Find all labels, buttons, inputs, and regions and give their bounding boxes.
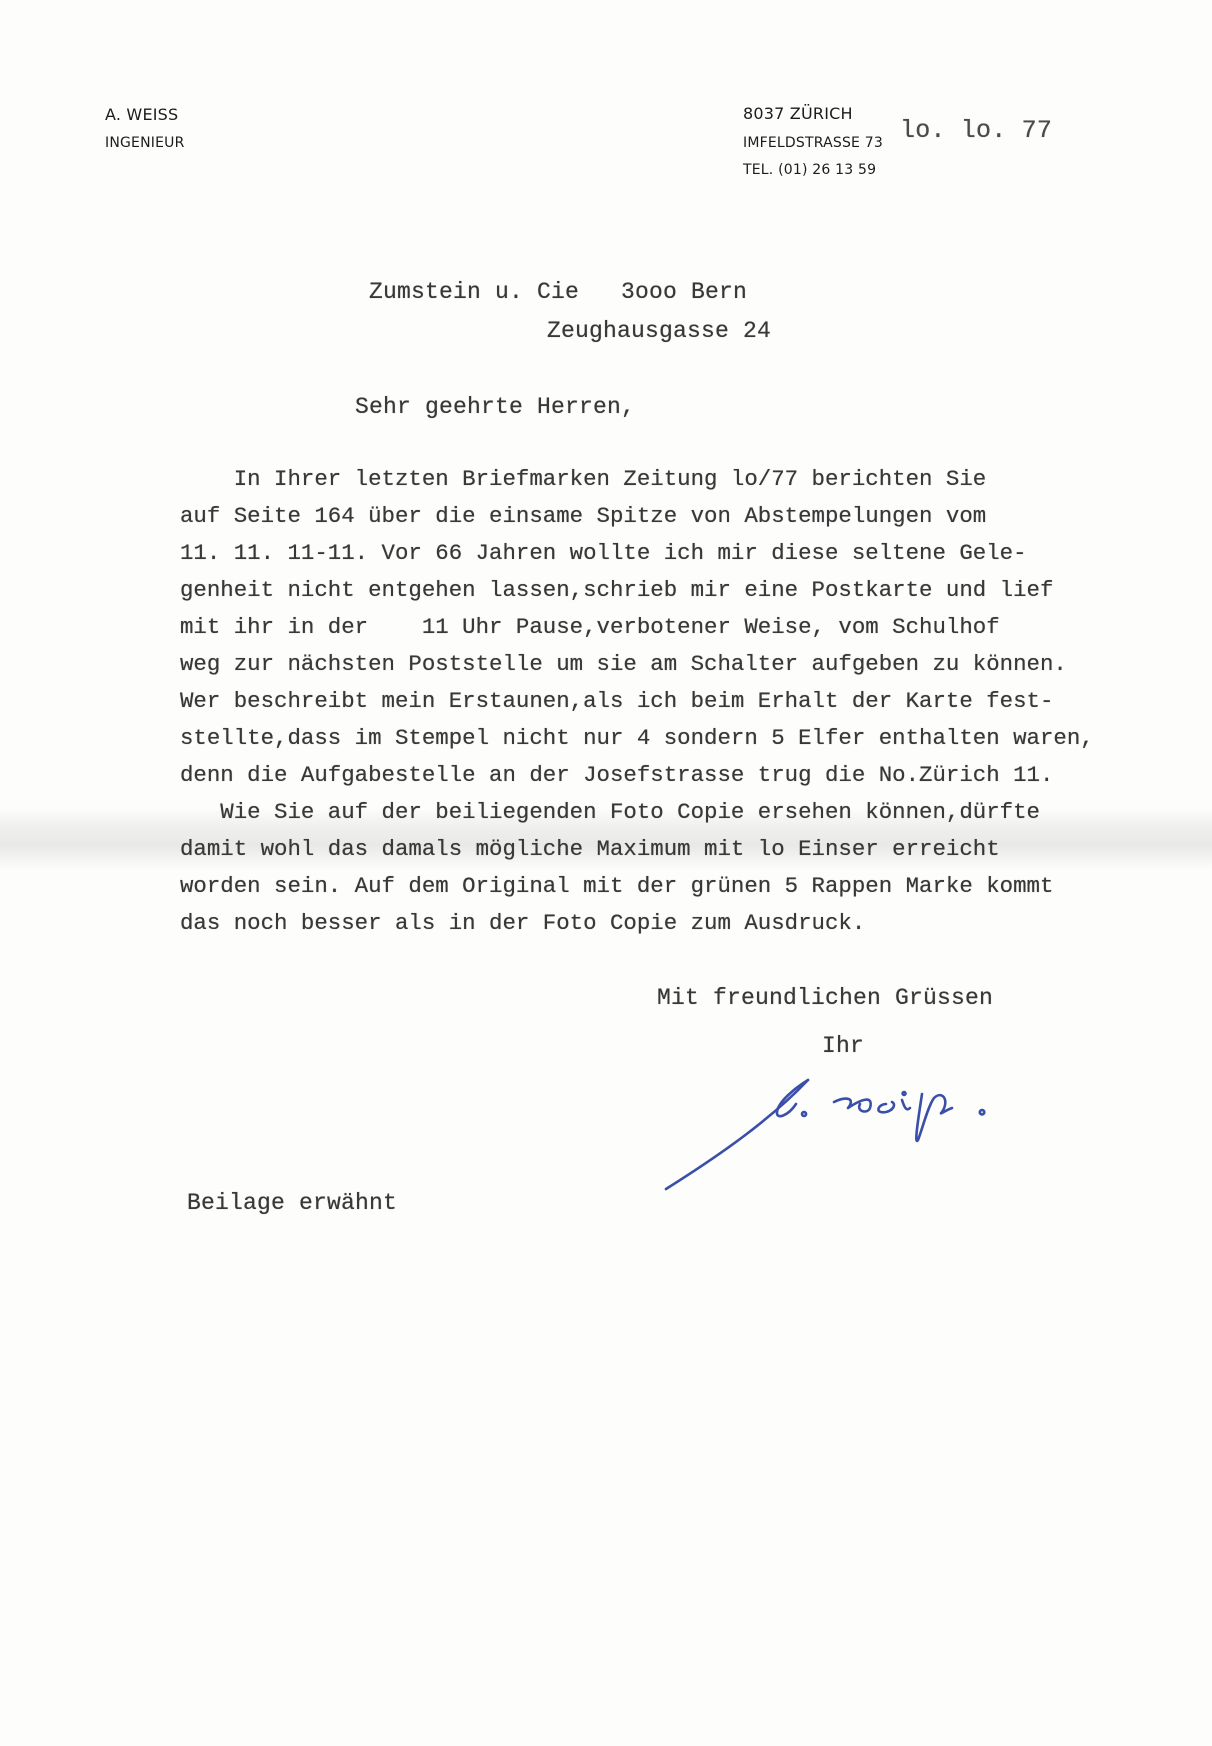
body-line: damit wohl das damals mögliche Maximum m… [180, 836, 1000, 862]
sender-name: A. WEISS [105, 105, 185, 124]
handwritten-signature-icon [660, 1060, 1010, 1200]
closing-ihr: Ihr [822, 1033, 864, 1059]
letterhead-sender: A. WEISS INGENIEUR [105, 105, 185, 151]
closing-phrase: Mit freundlichen Grüssen [657, 985, 993, 1011]
body-line: mit ihr in der 11 Uhr Pause,verbotener W… [180, 614, 1000, 640]
salutation: Sehr geehrte Herren, [355, 394, 635, 420]
sender-street: IMFELDSTRASSE 73 [743, 135, 883, 151]
recipient-name-city: Zumstein u. Cie 3ooo Bern [369, 279, 747, 305]
body-line: 11. 11. 11-11. Vor 66 Jahren wollte ich … [180, 540, 1027, 566]
body-line: weg zur nächsten Poststelle um sie am Sc… [180, 651, 1067, 677]
body-line: das noch besser als in der Foto Copie zu… [180, 910, 865, 936]
letter-date: lo. lo. 77 [900, 116, 1052, 145]
body-line: stellte,dass im Stempel nicht nur 4 sond… [180, 725, 1094, 751]
body-line: denn die Aufgabestelle an der Josefstras… [180, 762, 1053, 788]
sender-city: 8037 ZÜRICH [743, 104, 883, 123]
recipient-street: Zeughausgasse 24 [547, 318, 771, 344]
body-line: Wie Sie auf der beiliegenden Foto Copie … [180, 799, 1040, 825]
sender-phone: TEL. (01) 26 13 59 [743, 162, 883, 178]
letterhead-address: 8037 ZÜRICH IMFELDSTRASSE 73 TEL. (01) 2… [743, 104, 883, 178]
sender-title: INGENIEUR [105, 135, 185, 151]
body-line: Wer beschreibt mein Erstaunen,als ich be… [180, 688, 1053, 714]
body-line: worden sein. Auf dem Original mit der gr… [180, 873, 1053, 899]
enclosure-note: Beilage erwähnt [187, 1190, 397, 1216]
body-line: In Ihrer letzten Briefmarken Zeitung lo/… [180, 466, 986, 492]
body-line: auf Seite 164 über die einsame Spitze vo… [180, 503, 986, 529]
body-line: genheit nicht entgehen lassen,schrieb mi… [180, 577, 1053, 603]
